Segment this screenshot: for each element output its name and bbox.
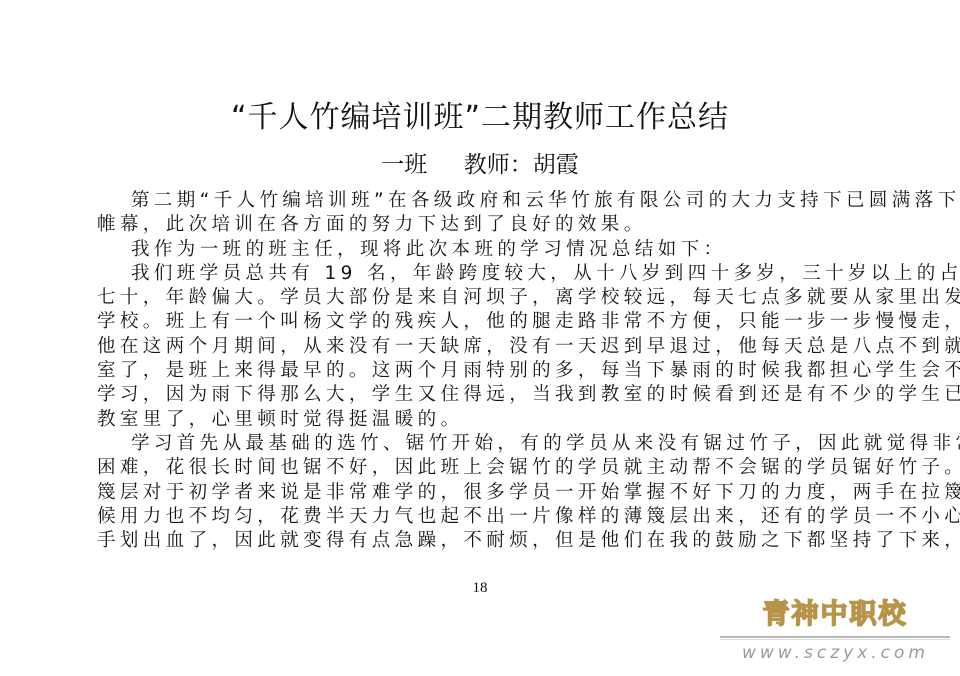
body-line: 七十，年龄偏大。学员大部份是来自河坝子，离学校较远，每天七点多就要从家里出发赶往 xyxy=(97,286,867,310)
body-line: 学习首先从最基础的选竹、锯竹开始，有的学员从来没有锯过竹子，因此就觉得非常的 xyxy=(97,432,867,456)
document-title: “千人竹编培训班”二期教师工作总结 xyxy=(0,99,960,137)
body-line: 我们班学员总共有 19 名，年龄跨度较大，从十八岁到四十多岁，三十岁以上的占百分… xyxy=(97,262,867,286)
watermark-divider xyxy=(720,636,950,638)
body-line: 他在这两个月期间，从来没有一天缺席，没有一天迟到早退过，他每天总是八点不到就到教 xyxy=(97,335,867,359)
body-line: 我作为一班的班主任，现将此次本班的学习情况总结如下： xyxy=(97,238,867,262)
body-line: 帷幕，此次培训在各方面的努力下达到了良好的效果。 xyxy=(97,213,867,237)
body-line: 候用力也不均匀，花费半天力气也起不出一片像样的薄篾层出来，还有的学员一不小心就把 xyxy=(97,505,867,529)
watermark: 青神中职校 www.sczyx.com xyxy=(720,596,960,676)
body-line: 教室里了，心里顿时觉得挺温暖的。 xyxy=(97,408,867,432)
document-subtitle: 一班 教师：胡霞 xyxy=(0,150,960,180)
body-line: 第二期“千人竹编培训班”在各级政府和云华竹旅有限公司的大力支持下已圆满落下了 xyxy=(97,189,867,213)
document-page: “千人竹编培训班”二期教师工作总结 一班 教师：胡霞 第二期“千人竹编培训班”在… xyxy=(0,0,960,676)
watermark-logo-text: 青神中职校 xyxy=(750,598,920,632)
body-line: 篾层对于初学者来说是非常难学的，很多学员一开始掌握不好下刀的力度，两手在拉篾的时 xyxy=(97,481,867,505)
watermark-divider-shadow xyxy=(720,639,950,640)
body-line: 室了，是班上来得最早的。这两个月雨特别的多，每当下暴雨的时候我都担心学生会不会来 xyxy=(97,359,867,383)
body-line: 学习，因为雨下得那么大，学生又住得远，当我到教室的时候看到还是有不少的学生已经在 xyxy=(97,383,867,407)
page-number: 18 xyxy=(0,579,960,597)
body-line: 手划出血了，因此就变得有点急躁，不耐烦，但是他们在我的鼓励之下都坚持了下来，起出 xyxy=(97,529,867,553)
document-body: 第二期“千人竹编培训班”在各级政府和云华竹旅有限公司的大力支持下已圆满落下了 帷… xyxy=(97,189,867,553)
watermark-url: www.sczyx.com xyxy=(742,642,932,664)
body-line: 困难，花很长时间也锯不好，因此班上会锯竹的学员就主动帮不会锯的学员锯好竹子。分薄 xyxy=(97,456,867,480)
body-line: 学校。班上有一个叫杨文学的残疾人，他的腿走路非常不方便，只能一步一步慢慢走，但是 xyxy=(97,310,867,334)
